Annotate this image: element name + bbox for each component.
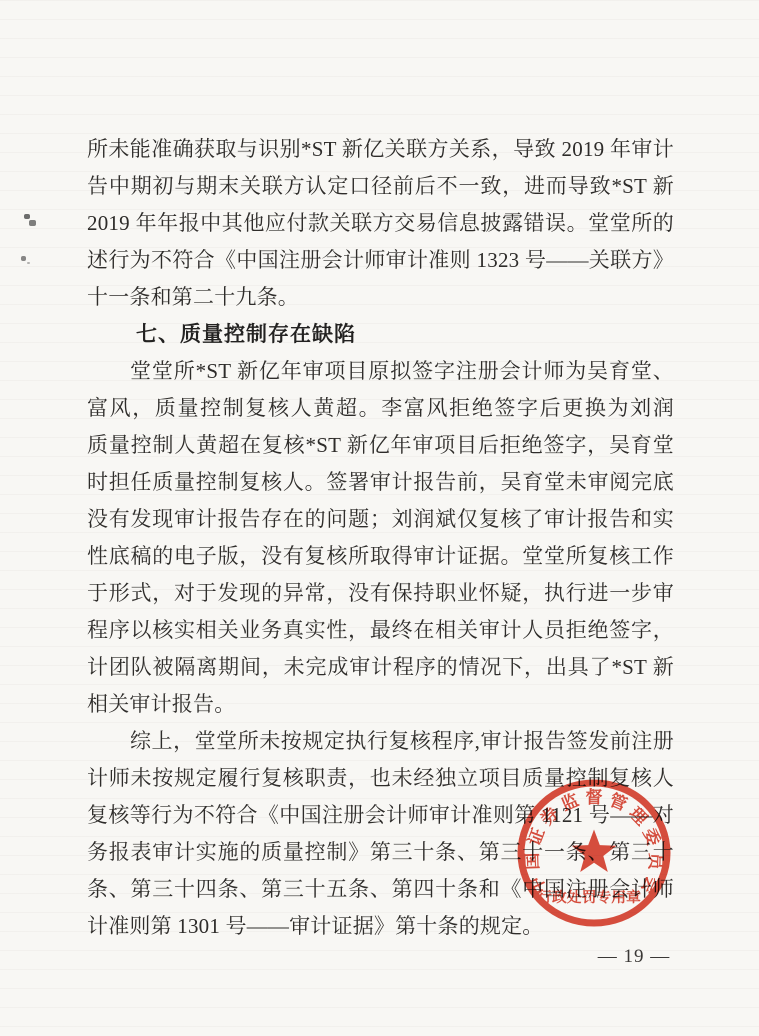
section-heading: 七、质量控制存在缺陷 (87, 316, 674, 353)
seal-ring-char: 员 (646, 852, 666, 872)
text-line: 时担任质量控制复核人。签署审计报告前，吴育堂未审阅完底稿， (87, 464, 674, 501)
text-line: 述行为不符合《中国注册会计师审计准则 1323 号——关联方》第 (87, 242, 674, 279)
text-line: 所未能准确获取与识别*ST 新亿关联方关系，导致 2019 年审计报 (87, 131, 674, 168)
page-number: — 19 — (586, 946, 682, 968)
text-line: 2019 年年报中其他应付款关联方交易信息披露错误。堂堂所的上 (87, 205, 674, 242)
text-line: 综上，堂堂所未按规定执行复核程序,审计报告签发前注册会 (87, 723, 674, 760)
text-line: 富风，质量控制复核人黄超。李富风拒绝签字后更换为刘润斌， (87, 390, 674, 427)
ink-speck (21, 256, 26, 261)
seal-star-icon (572, 830, 617, 873)
text-line: 堂堂所*ST 新亿年审项目原拟签字注册会计师为吴育堂、李 (87, 353, 674, 390)
scanned-document-page: 所未能准确获取与识别*ST 新亿关联方关系，导致 2019 年审计报告中期初与期… (0, 0, 759, 1036)
official-seal: 中国证券监督管理委员会 行政处罚专用章 (513, 778, 675, 930)
seal-ring-char: 国 (523, 852, 543, 870)
text-line: 没有发现审计报告存在的问题；刘润斌仅复核了审计报告和实质 (87, 501, 674, 538)
ink-speck (24, 214, 30, 219)
seal-ring-char: 督 (586, 787, 603, 807)
text-line: 程序以核实相关业务真实性，最终在相关审计人员拒绝签字，审 (87, 612, 674, 649)
ink-speck (29, 220, 36, 226)
text-line: 告中期初与期末关联方认定口径前后不一致，进而导致*ST 新亿 (87, 168, 674, 205)
seal-bottom-text: 行政处罚专用章 (537, 889, 641, 906)
text-line: 质量控制人黄超在复核*ST 新亿年审项目后拒绝签字，吴育堂同 (87, 427, 674, 464)
text-line: 性底稿的电子版，没有复核所取得审计证据。堂堂所复核工作流 (87, 538, 674, 575)
text-line: 计团队被隔离期间，未完成审计程序的情况下，出具了*ST 新亿 (87, 649, 674, 686)
text-line: 十一条和第二十九条。 (87, 279, 674, 316)
ink-speck (27, 262, 30, 264)
text-line: 于形式，对于发现的异常，没有保持职业怀疑，执行进一步审计 (87, 575, 674, 612)
text-line: 相关审计报告。 (87, 686, 674, 723)
